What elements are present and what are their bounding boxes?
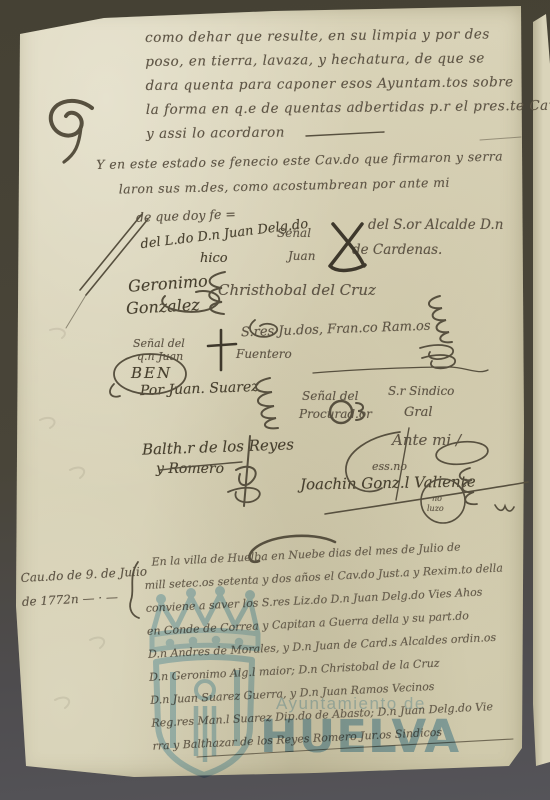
sindico-circle-rubric <box>330 401 352 423</box>
small-loop-rubric <box>250 320 277 337</box>
bottom-rule-flourish <box>197 739 513 757</box>
scribble-block <box>420 345 455 368</box>
bleedthrough-marks <box>40 329 104 708</box>
scanned-manuscript-page: como dehar que resulte, en su limpia y p… <box>0 0 550 800</box>
baltasar-underline <box>160 462 242 470</box>
ink-flourishes-layer <box>0 0 550 800</box>
joachin-coil-rubric <box>460 468 477 504</box>
baltasar-tall-rubric <box>236 436 256 506</box>
jurados-coil-rubric <box>429 296 452 342</box>
ante-mi-slash <box>396 428 409 500</box>
sindico-3-rubric <box>356 403 364 420</box>
flourish-left-curl <box>51 101 92 136</box>
margin-brace <box>130 562 139 618</box>
geronimo-rubric-oval <box>162 291 219 312</box>
ben-oval-tail <box>110 384 120 397</box>
suarez-coil-rubric <box>256 378 278 428</box>
flourish-diagonal-slashes <box>80 214 148 295</box>
joachin-w-rubric <box>495 505 514 511</box>
long-line-flourish <box>313 367 488 373</box>
session-opening-flourish <box>250 536 335 562</box>
flourish-diagonal-tail <box>66 295 86 328</box>
joachin-circle-rubric <box>421 479 465 523</box>
flourish-dash <box>306 132 384 136</box>
ben-oval <box>114 354 186 394</box>
joachin-ellipse-rubric <box>435 439 489 466</box>
signature-cross <box>208 330 236 370</box>
ante-mi-curl <box>346 432 400 491</box>
alcalde-x-mark <box>330 224 365 270</box>
flourish-crease <box>480 137 521 140</box>
